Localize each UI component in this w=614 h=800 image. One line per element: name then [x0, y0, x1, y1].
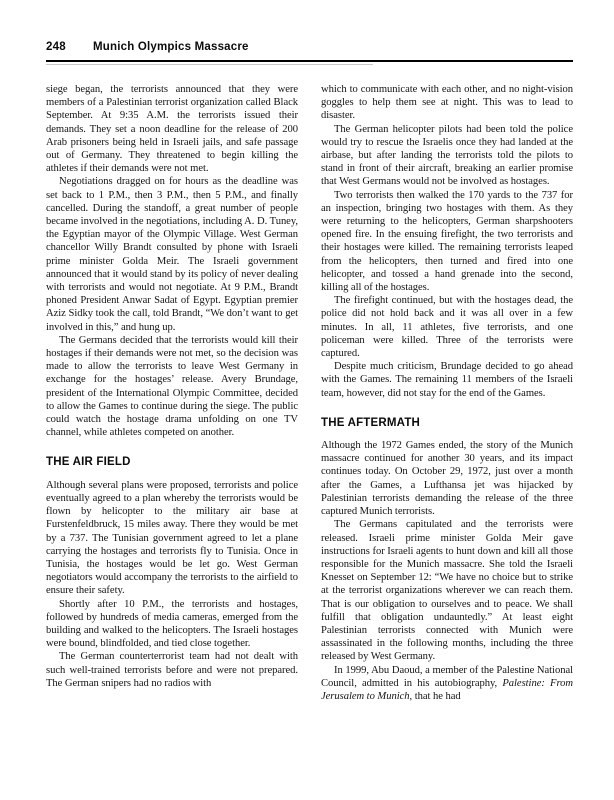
text-segment: The Germans capitulated and the terroris… [321, 519, 573, 662]
paragraph: The German counterterrorist team had not… [46, 650, 298, 690]
paragraph: siege began, the terrorists announced th… [46, 83, 298, 175]
page-number: 248 [46, 41, 93, 53]
section-heading: THE AIR FIELD [46, 456, 298, 469]
text-segment: Although the 1972 Games ended, the story… [321, 440, 573, 517]
text-segment: Although several plans were proposed, te… [46, 480, 298, 597]
text-column-right: which to communicate with each other, an… [321, 83, 573, 703]
text-segment: Negotiations dragged on for hours as the… [46, 176, 298, 332]
running-title: Munich Olympics Massacre [93, 41, 249, 53]
paragraph: The German helicopter pilots had been to… [321, 123, 573, 189]
paragraph: The Germans decided that the terrorists … [46, 334, 298, 440]
text-segment: , that he had [410, 691, 461, 702]
paragraph: Negotiations dragged on for hours as the… [46, 175, 298, 333]
text-segment: The German counterterrorist team had not… [46, 651, 298, 688]
paragraph: Shortly after 10 P.M., the terrorists an… [46, 598, 298, 651]
text-segment: The Germans decided that the terrorists … [46, 335, 298, 438]
text-segment: Shortly after 10 P.M., the terrorists an… [46, 599, 298, 650]
paragraph: In 1999, Abu Daoud, a member of the Pale… [321, 664, 573, 704]
text-segment: The German helicopter pilots had been to… [321, 124, 573, 188]
paragraph: Despite much criticism, Brundage decided… [321, 360, 573, 400]
text-segment: which to communicate with each other, an… [321, 84, 573, 121]
header-rule [46, 60, 573, 62]
page-content: 248 Munich Olympics Massacre siege began… [46, 41, 573, 703]
paragraph: Two terrorists then walked the 170 yards… [321, 189, 573, 295]
running-head: 248 Munich Olympics Massacre [46, 41, 573, 53]
text-column-left: siege began, the terrorists announced th… [46, 83, 298, 703]
paragraph: Although several plans were proposed, te… [46, 479, 298, 598]
text-segment: Two terrorists then walked the 170 yards… [321, 190, 573, 293]
section-heading: THE AFTERMATH [321, 417, 573, 430]
paragraph: The firefight continued, but with the ho… [321, 294, 573, 360]
text-segment: siege began, the terrorists announced th… [46, 84, 298, 174]
book-page: 248 Munich Olympics Massacre siege began… [0, 0, 614, 800]
paragraph: which to communicate with each other, an… [321, 83, 573, 123]
text-columns: siege began, the terrorists announced th… [46, 83, 573, 703]
paragraph: Although the 1972 Games ended, the story… [321, 439, 573, 518]
header-rule-scan-artifact [46, 64, 373, 65]
paragraph: The Germans capitulated and the terroris… [321, 518, 573, 663]
text-segment: The firefight continued, but with the ho… [321, 295, 573, 359]
text-segment: Despite much criticism, Brundage decided… [321, 361, 573, 398]
